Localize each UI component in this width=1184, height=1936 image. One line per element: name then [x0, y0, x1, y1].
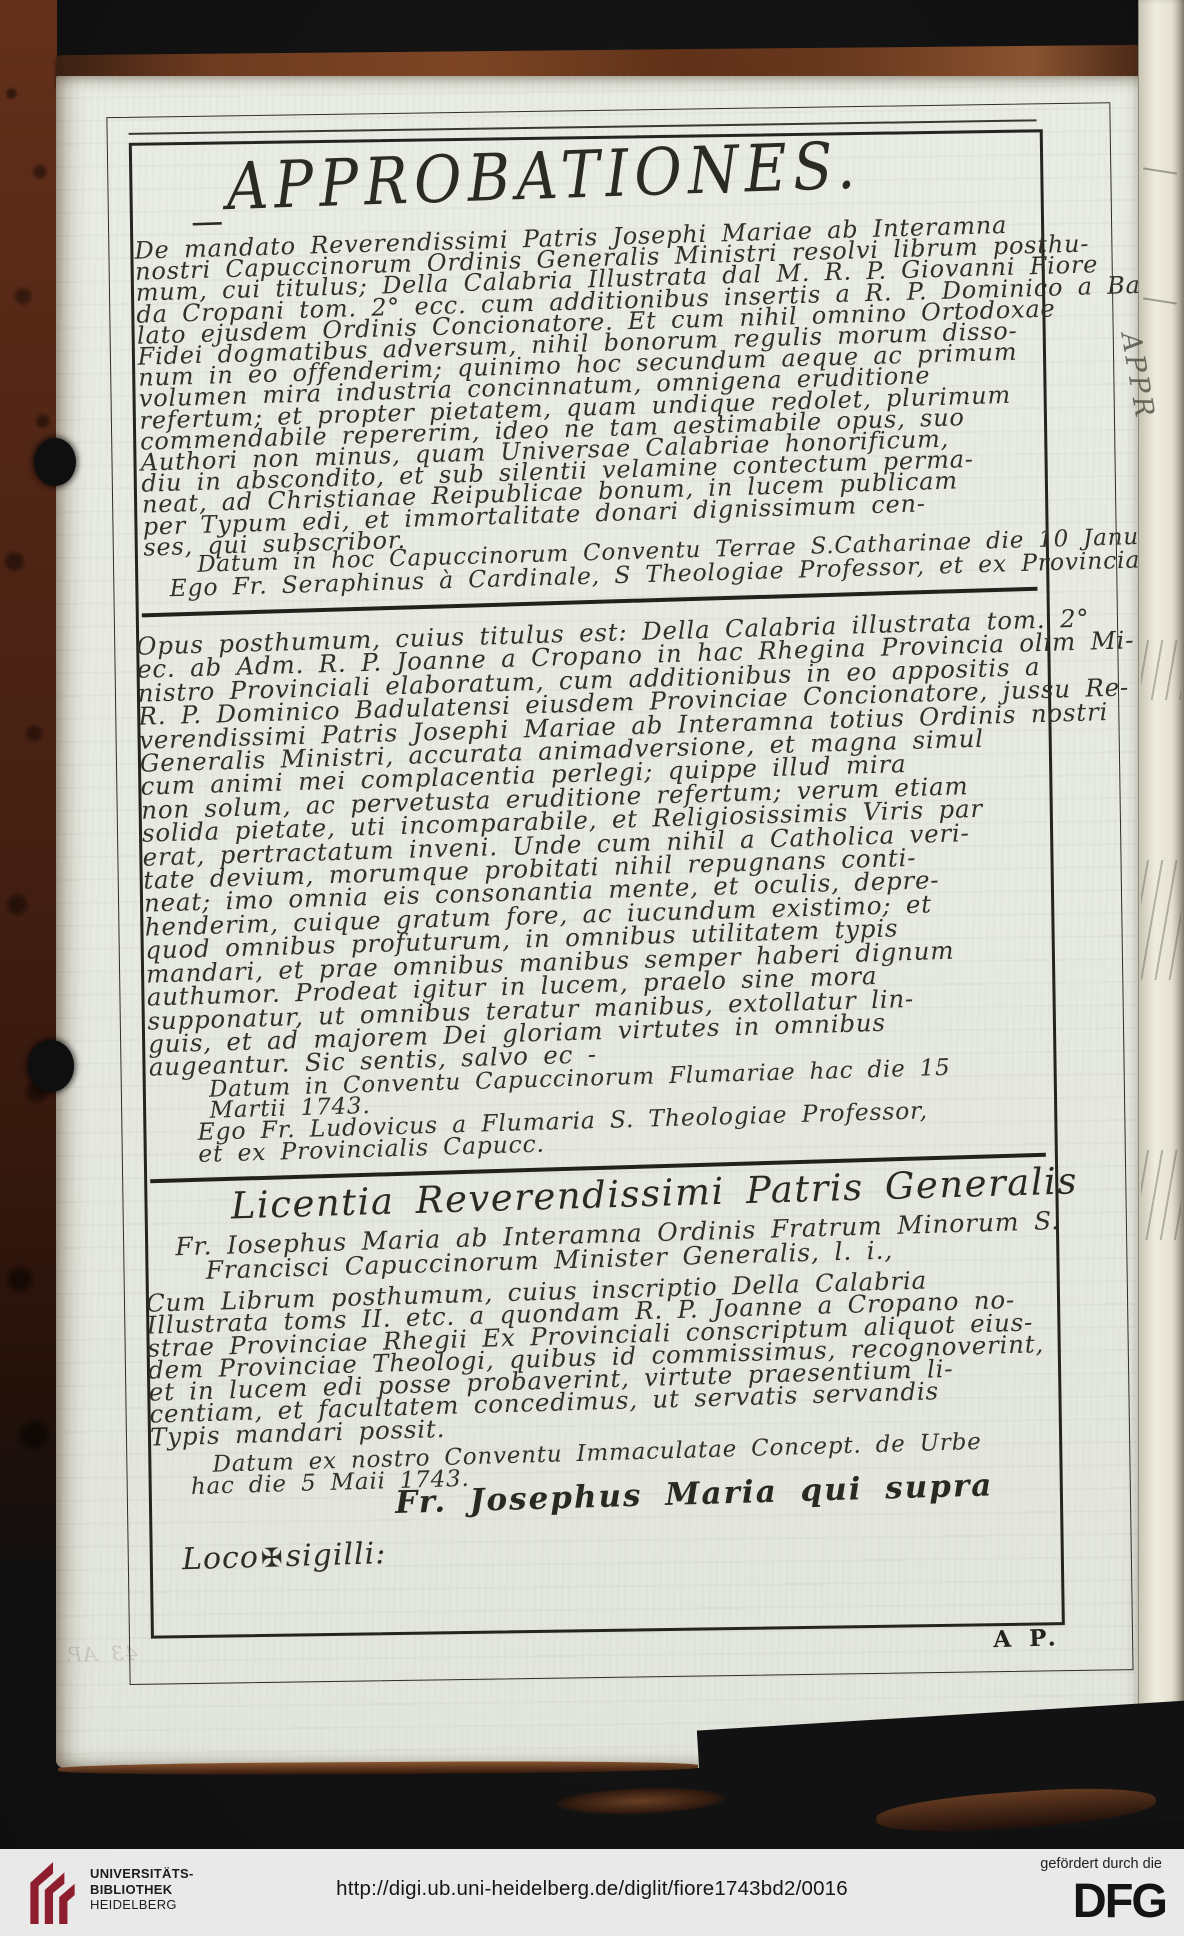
licentia-body: Cum Librum posthumum, cuius inscriptio D… — [146, 1266, 1046, 1449]
next-page-rule — [1143, 297, 1177, 304]
cradle-clamp — [34, 438, 76, 486]
ink-bleedthrough-text: 43 AP. — [64, 1641, 137, 1667]
approbation-1: De mandato Reverendissimi Patris Josephi… — [134, 210, 1184, 559]
dfg-logo: DFG — [1073, 1872, 1166, 1928]
sigilli-label: sigilli: — [285, 1536, 387, 1574]
document-url: http://digi.ub.uni-heidelberg.de/diglit/… — [0, 1877, 1184, 1901]
loco-label: Loco — [182, 1540, 260, 1577]
page-content: _APPROBATIONES. De mandato Reverendissim… — [44, 68, 1153, 1776]
funding-note: gefördert durch die — [1040, 1856, 1162, 1872]
cross-icon: ✠ — [258, 1543, 286, 1574]
scanned-book-viewer: _APPROBATIONES. De mandato Reverendissim… — [0, 0, 1184, 1936]
approbation-2: Opus posthumum, cuius titulus est: Della… — [136, 605, 1146, 1079]
next-page-writing — [1141, 1150, 1181, 1240]
catchword: A P. — [993, 1624, 1061, 1653]
loco-sigilli-line: Loco✠sigilli: — [182, 1536, 387, 1577]
book-board-edge — [556, 1785, 727, 1817]
next-page-writing — [1141, 640, 1181, 700]
cradle-clamp — [28, 1040, 74, 1092]
next-page-rule — [1143, 167, 1177, 174]
footer-bar: UNIVERSITÄTS- BIBLIOTHEK HEIDELBERG http… — [0, 1849, 1184, 1936]
manuscript-page: _APPROBATIONES. De mandato Reverendissim… — [56, 76, 1140, 1768]
next-page-writing — [1141, 860, 1181, 980]
next-page-edge: APPR — [1138, 0, 1184, 1748]
